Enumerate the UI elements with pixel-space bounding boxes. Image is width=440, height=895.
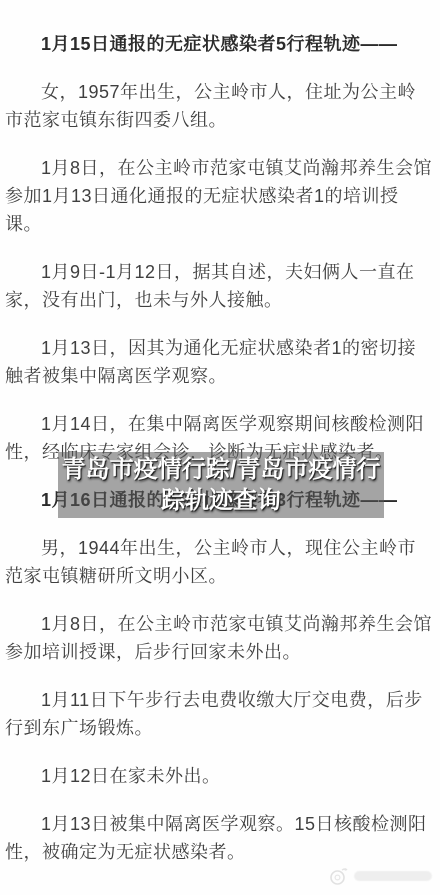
weibo-watermark-icon bbox=[328, 865, 350, 887]
illegible-watermark-text bbox=[354, 871, 432, 881]
paragraph: 1月9日-1月12日，据其自述，夫妇俩人一直在家，没有出门，也未与外人接触。 bbox=[5, 258, 434, 314]
paragraph: 女，1957年出生，公主岭市人，住址为公主岭市范家屯镇东街四委八组。 bbox=[5, 78, 434, 134]
paragraph: 1月13日被集中隔离医学观察。15日核酸检测阳性，被确定为无症状感染者。 bbox=[5, 810, 434, 866]
paragraph: 男，1944年出生，公主岭市人，现住公主岭市范家屯镇糖研所文明小区。 bbox=[5, 534, 434, 590]
overlay-text-line1: 青岛市疫情行踪/青岛市疫情行 bbox=[62, 454, 381, 485]
article-page: 1月15日通报的无症状感染者5行程轨迹—— 女，1957年出生，公主岭市人，住址… bbox=[0, 0, 440, 895]
paragraph: 1月8日，在公主岭市范家屯镇艾尚瀚邦养生会馆参加1月13日通化通报的无症状感染者… bbox=[5, 154, 434, 238]
overlay-text-line2: 踪轨迹查询 bbox=[161, 485, 281, 516]
paragraph: 1月12日在家未外出。 bbox=[5, 762, 434, 790]
section1-title: 1月15日通报的无症状感染者5行程轨迹—— bbox=[5, 30, 434, 58]
paragraph: 1月11日下午步行去电费收缴大厅交电费，后步行到东广场锻炼。 bbox=[5, 686, 434, 742]
bottom-right-watermark bbox=[328, 865, 432, 887]
site-watermark-overlay: 青岛市疫情行踪/青岛市疫情行 踪轨迹查询 bbox=[58, 452, 384, 518]
section2-header-area: 1月16日通报的无症状感染者3行程轨迹—— 青岛市疫情行踪/青岛市疫情行 踪轨迹… bbox=[5, 486, 434, 514]
paragraph: 1月13日，因其为通化无症状感染者1的密切接触者被集中隔离医学观察。 bbox=[5, 334, 434, 390]
paragraph: 1月8日，在公主岭市范家屯镇艾尚瀚邦养生会馆参加培训授课，后步行回家未外出。 bbox=[5, 610, 434, 666]
